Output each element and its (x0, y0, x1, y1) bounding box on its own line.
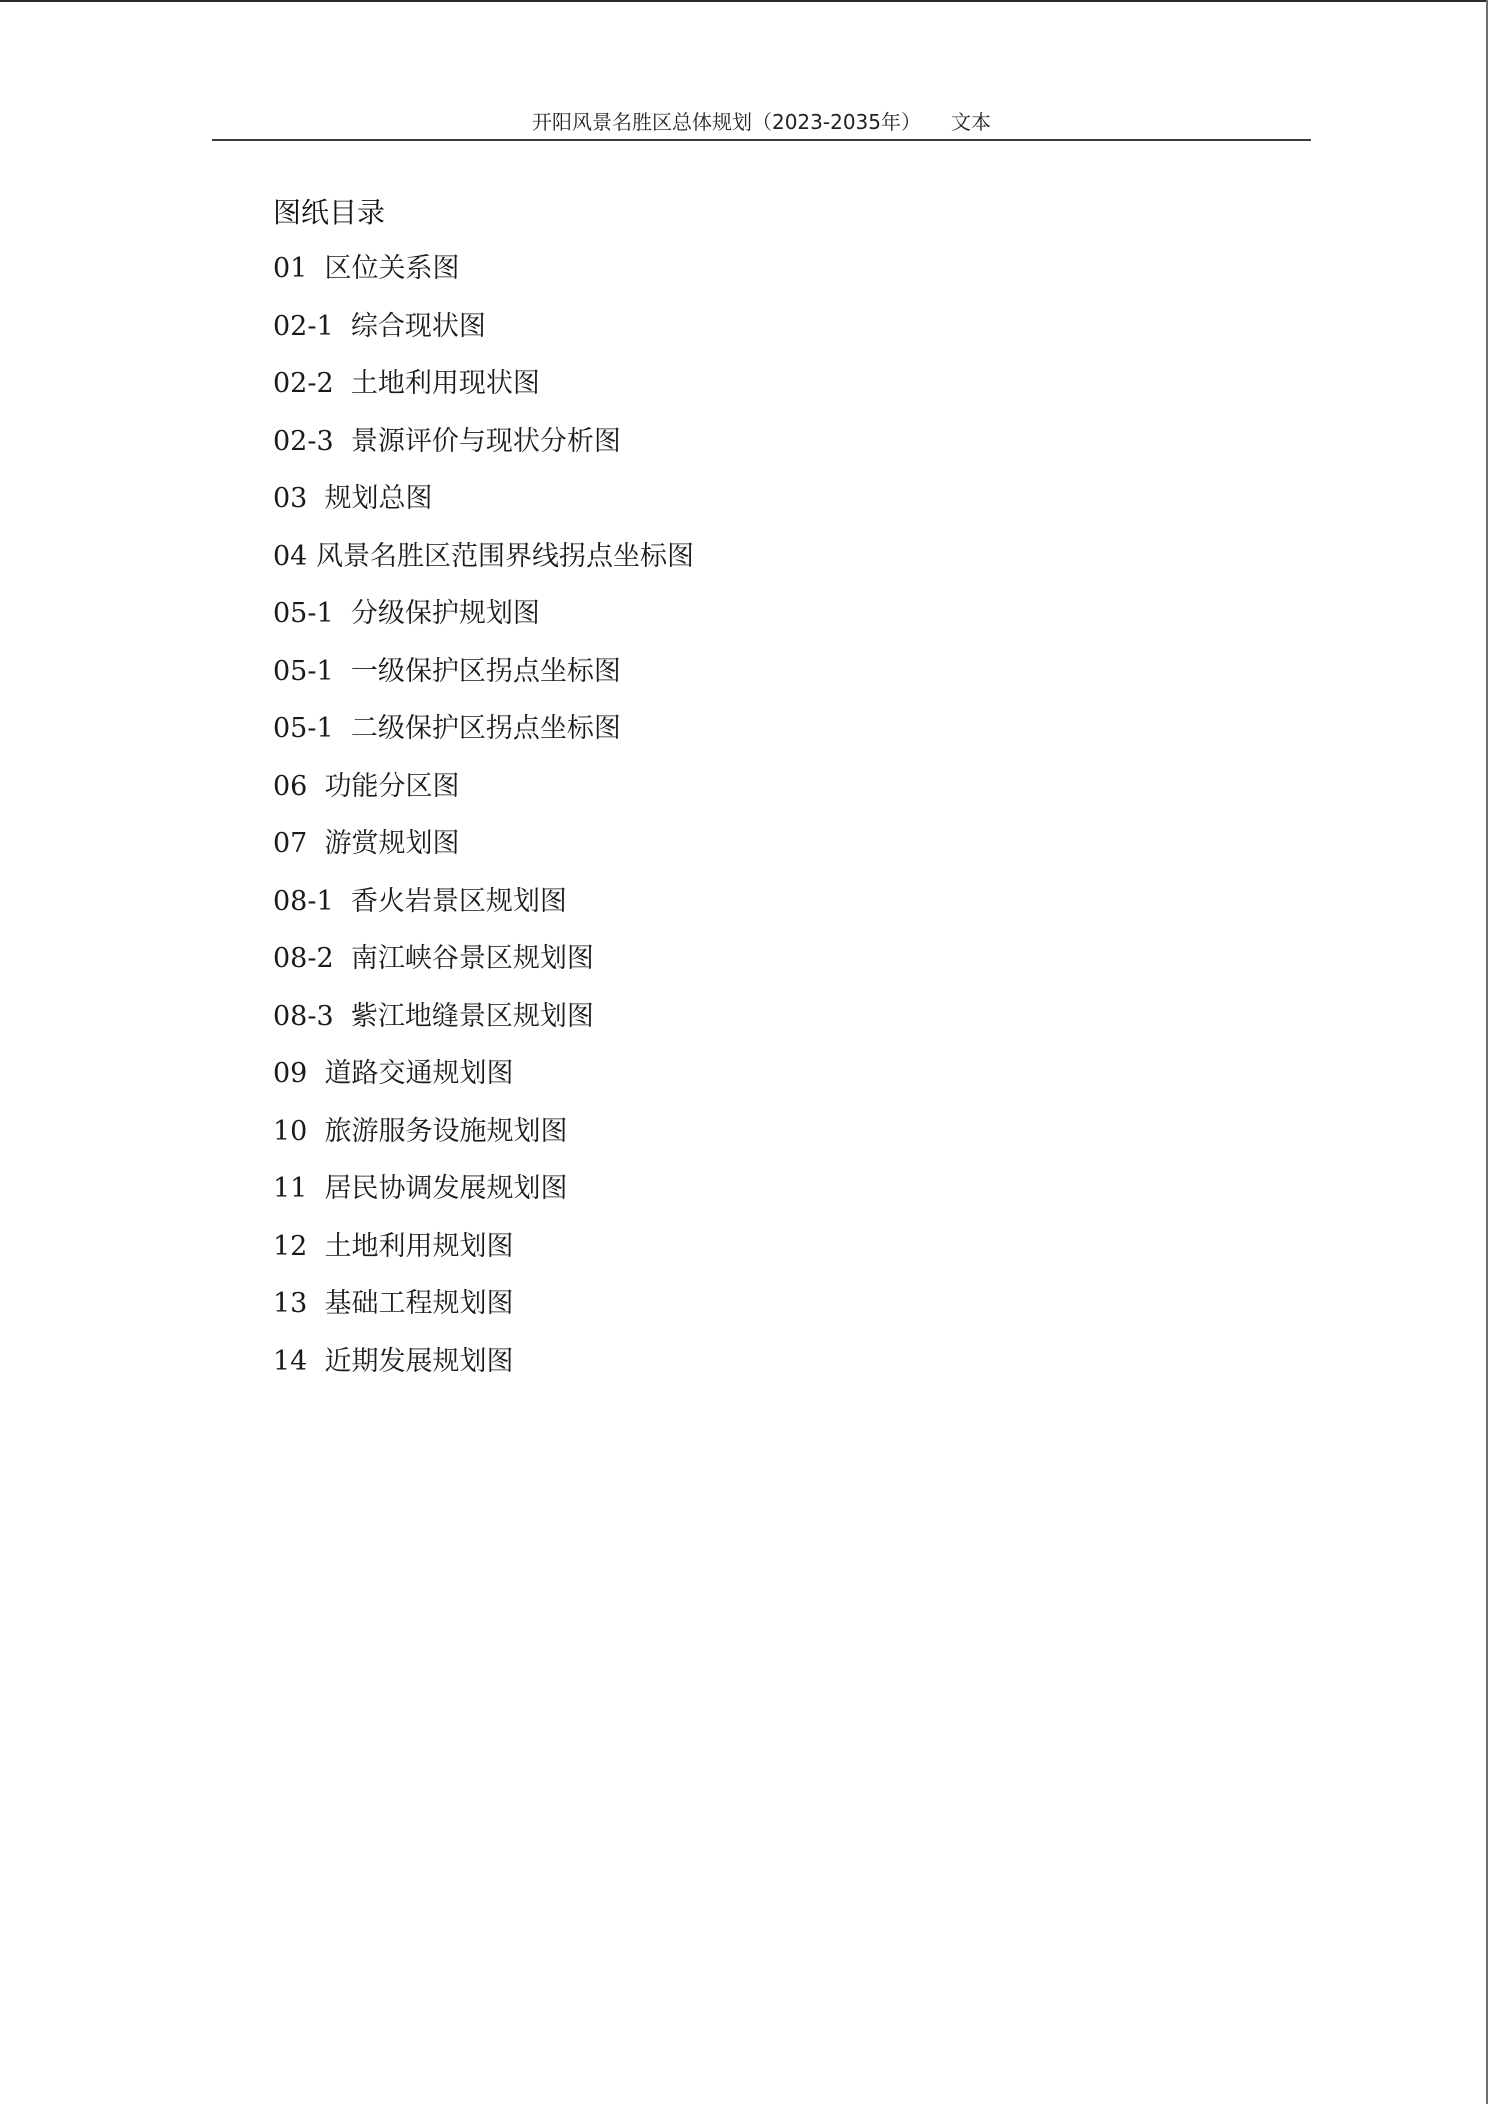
toc-item-label: 南江峡谷景区规划图 (351, 943, 594, 974)
page-top-border (0, 0, 1488, 2)
toc-item: 11 居民协调发展规划图 (273, 1167, 694, 1225)
toc-item-label: 道路交通规划图 (325, 1058, 514, 1089)
toc-item-number: 08-3 (273, 1001, 334, 1032)
toc-item-label: 规划总图 (325, 483, 433, 514)
toc-item-number: 05-1 (273, 713, 334, 744)
toc-item: 13 基础工程规划图 (273, 1282, 694, 1340)
toc-item: 10 旅游服务设施规划图 (273, 1110, 694, 1168)
toc-item-number: 02-3 (273, 426, 334, 457)
toc-item-number: 04 (273, 541, 307, 572)
toc-item: 08-1 香火岩景区规划图 (273, 880, 694, 938)
drawing-list: 01 区位关系图 02-1 综合现状图 02-2 土地利用现状图 02-3 景源… (273, 247, 694, 1397)
toc-item-number: 03 (273, 483, 307, 514)
toc-item-number: 10 (273, 1116, 307, 1147)
toc-item-number: 14 (273, 1346, 307, 1377)
toc-item-label: 区位关系图 (325, 253, 460, 284)
toc-item-number: 08-1 (273, 886, 334, 917)
toc-item-label: 综合现状图 (351, 311, 486, 342)
toc-title: 图纸目录 (273, 193, 385, 233)
toc-item-label: 一级保护区拐点坐标图 (351, 656, 621, 687)
toc-item: 05-1 二级保护区拐点坐标图 (273, 707, 694, 765)
toc-item-label: 土地利用规划图 (325, 1231, 514, 1262)
toc-item-number: 12 (273, 1231, 307, 1262)
toc-item: 02-1 综合现状图 (273, 305, 694, 363)
toc-item-label: 基础工程规划图 (325, 1288, 514, 1319)
toc-item-label: 香火岩景区规划图 (351, 886, 567, 917)
toc-item-number: 08-2 (273, 943, 334, 974)
toc-item: 01 区位关系图 (273, 247, 694, 305)
toc-item-label: 分级保护规划图 (351, 598, 540, 629)
toc-item: 06 功能分区图 (273, 765, 694, 823)
toc-item-number: 05-1 (273, 656, 334, 687)
toc-item: 09 道路交通规划图 (273, 1052, 694, 1110)
toc-item-label: 旅游服务设施规划图 (325, 1116, 568, 1147)
toc-item-label: 居民协调发展规划图 (325, 1173, 568, 1204)
toc-item-label: 二级保护区拐点坐标图 (351, 713, 621, 744)
toc-item-number: 07 (273, 828, 307, 859)
toc-item-label: 功能分区图 (325, 771, 460, 802)
toc-item-number: 09 (273, 1058, 307, 1089)
toc-item: 12 土地利用规划图 (273, 1225, 694, 1283)
toc-item-number: 02-1 (273, 311, 334, 342)
toc-item-label: 近期发展规划图 (325, 1346, 514, 1377)
document-title: 开阳风景名胜区总体规划（2023-2035年） (532, 110, 921, 134)
toc-item: 08-2 南江峡谷景区规划图 (273, 937, 694, 995)
running-header: 开阳风景名胜区总体规划（2023-2035年）文本 (212, 104, 1311, 140)
toc-item-number: 05-1 (273, 598, 334, 629)
toc-item-label: 紫江地缝景区规划图 (351, 1001, 594, 1032)
toc-item: 04 风景名胜区范围界线拐点坐标图 (273, 535, 694, 593)
toc-item: 05-1 一级保护区拐点坐标图 (273, 650, 694, 708)
toc-item: 02-3 景源评价与现状分析图 (273, 420, 694, 478)
toc-item-label: 景源评价与现状分析图 (351, 426, 621, 457)
toc-item: 03 规划总图 (273, 477, 694, 535)
toc-item: 08-3 紫江地缝景区规划图 (273, 995, 694, 1053)
document-type-label: 文本 (951, 110, 991, 134)
toc-item-label: 风景名胜区范围界线拐点坐标图 (316, 541, 694, 572)
toc-item: 02-2 土地利用现状图 (273, 362, 694, 420)
toc-item: 07 游赏规划图 (273, 822, 694, 880)
toc-item: 14 近期发展规划图 (273, 1340, 694, 1398)
toc-item-number: 02-2 (273, 368, 334, 399)
toc-item-number: 11 (273, 1173, 307, 1204)
toc-item: 05-1 分级保护规划图 (273, 592, 694, 650)
toc-item-label: 游赏规划图 (325, 828, 460, 859)
toc-item-number: 13 (273, 1288, 307, 1319)
header-divider (212, 139, 1311, 141)
toc-item-label: 土地利用现状图 (351, 368, 540, 399)
toc-item-number: 06 (273, 771, 307, 802)
toc-item-number: 01 (273, 253, 307, 284)
